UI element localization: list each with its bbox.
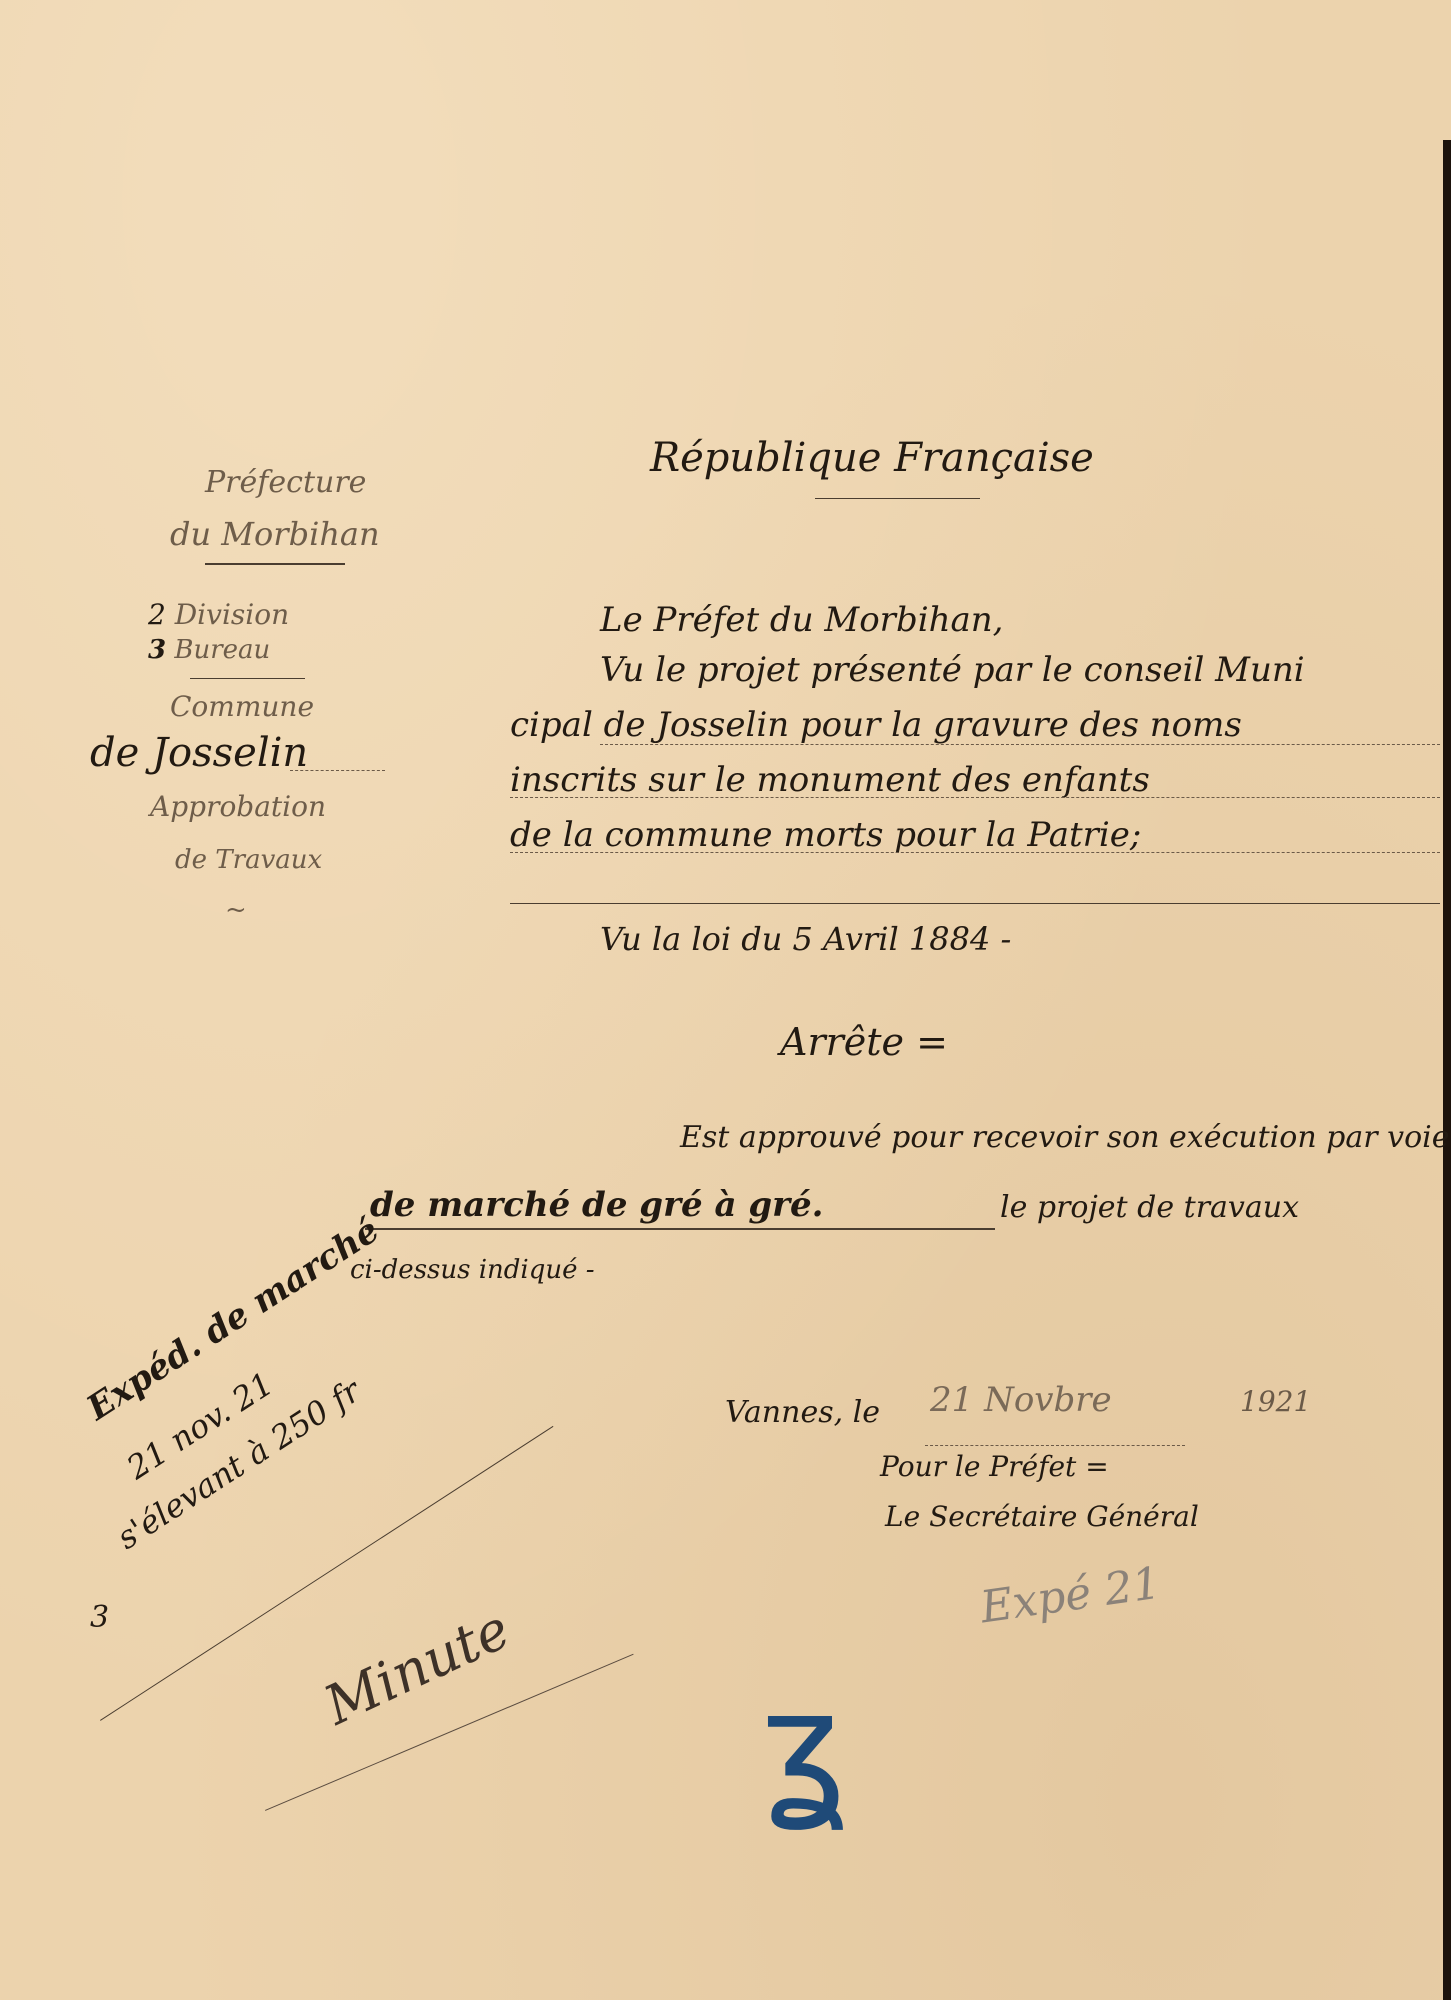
margin-flourish: ~ <box>225 895 247 925</box>
blue-crayon-mark: ʓ <box>760 1660 847 1834</box>
body-line-patrie: de la commune morts pour la Patrie; <box>510 815 1141 855</box>
margin-subject-2: de Travaux <box>175 845 322 875</box>
signature-title: Le Secrétaire Général <box>885 1500 1199 1533</box>
body-line-monument: inscrits sur le monument des enfants <box>510 760 1150 800</box>
margin-division: 2 Division <box>148 598 289 631</box>
division-label: Division <box>175 598 289 631</box>
line-fill-5 <box>510 852 1440 853</box>
margin-commune-line <box>290 770 385 771</box>
margin-morbihan: du Morbihan <box>170 515 380 553</box>
signature-year: 1921 <box>1240 1385 1311 1418</box>
body-line-josselin: cipal de Josselin pour la gravure des no… <box>510 705 1242 745</box>
document-title: République Française <box>650 435 1094 481</box>
date-line <box>925 1445 1185 1446</box>
margin-rule-2 <box>190 678 305 679</box>
margin-prefecture: Préfecture <box>205 465 366 500</box>
title-underline <box>815 498 980 499</box>
division-number: 2 <box>148 598 166 631</box>
left-margin-mark: 3 <box>90 1600 109 1635</box>
body-line-prefet: Le Préfet du Morbihan, <box>600 600 1003 640</box>
margin-bureau: 3 Bureau <box>148 635 270 665</box>
bureau-label: Bureau <box>174 635 270 665</box>
bureau-number: 3 <box>148 635 166 665</box>
margin-commune-label: Commune <box>170 690 314 723</box>
body-line-loi: Vu la loi du 5 Avril 1884 - <box>600 920 1011 958</box>
line-fill-3 <box>600 744 1440 745</box>
margin-rule-1 <box>205 563 345 565</box>
decision-line-2a: de marché de gré à gré. <box>370 1185 823 1225</box>
body-separator <box>510 903 1440 904</box>
body-line-vu-projet: Vu le projet présenté par le conseil Mun… <box>600 650 1305 690</box>
margin-subject-1: Approbation <box>150 790 326 823</box>
signature-place: Vannes, le <box>725 1395 880 1430</box>
decision-heading: Arrête = <box>780 1020 948 1064</box>
decision-underline <box>365 1228 995 1230</box>
decision-line-2b: le projet de travaux <box>1000 1190 1299 1225</box>
pencil-annotation: Expé 21 <box>977 1558 1163 1634</box>
decision-line-1: Est approuvé pour recevoir son exécution… <box>680 1120 1450 1155</box>
line-fill-4 <box>510 797 1440 798</box>
signature-date: 21 Novbre <box>930 1380 1112 1420</box>
page-edge-shadow <box>1443 140 1451 2000</box>
decision-line-3: ci-dessus indiqué - <box>350 1255 595 1285</box>
margin-commune-name: de Josselin <box>90 730 308 776</box>
signature-pour-prefet: Pour le Préfet = <box>880 1450 1109 1483</box>
